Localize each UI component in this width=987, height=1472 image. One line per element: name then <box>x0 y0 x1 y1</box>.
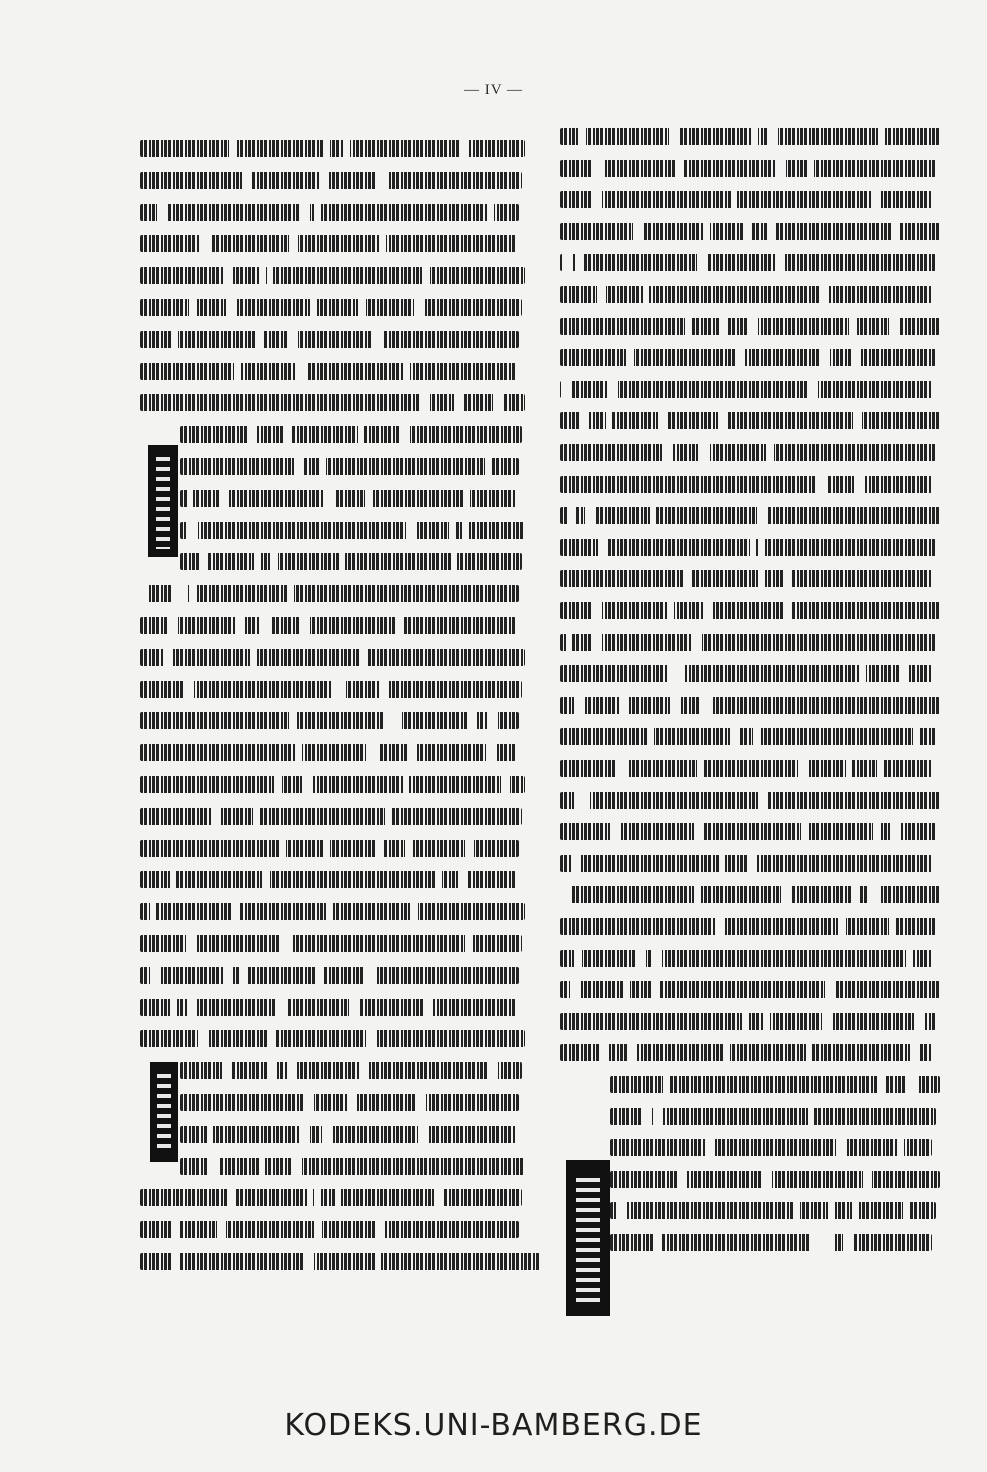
manuscript-line <box>140 776 525 793</box>
manuscript-line <box>560 381 932 398</box>
manuscript-line <box>560 349 936 366</box>
manuscript-line <box>140 394 525 411</box>
manuscript-line <box>560 981 940 998</box>
manuscript-line <box>140 1030 525 1047</box>
manuscript-line <box>180 522 525 539</box>
manuscript-line <box>560 950 932 967</box>
manuscript-line <box>560 191 932 208</box>
manuscript-line <box>560 823 936 840</box>
ornate-initial-right <box>566 1160 610 1316</box>
manuscript-line <box>560 760 932 777</box>
manuscript-line <box>560 728 936 745</box>
manuscript-line <box>140 649 525 666</box>
manuscript-line <box>140 204 519 221</box>
manuscript-line <box>140 172 522 189</box>
manuscript-line <box>140 331 519 348</box>
manuscript-line <box>610 1234 932 1251</box>
manuscript-line <box>610 1108 936 1125</box>
manuscript-line <box>140 903 525 920</box>
manuscript-line <box>180 490 516 507</box>
manuscript-line <box>560 602 940 619</box>
manuscript-line <box>180 1126 516 1143</box>
manuscript-line <box>560 539 936 556</box>
manuscript-line <box>560 286 932 303</box>
manuscript-line <box>140 267 525 284</box>
manuscript-line <box>560 128 940 145</box>
manuscript-line <box>560 570 932 587</box>
manuscript-line <box>140 999 516 1016</box>
manuscript-line <box>140 235 516 252</box>
manuscript-line <box>140 967 519 984</box>
manuscript-line <box>140 840 519 857</box>
manuscript-line <box>140 299 522 316</box>
manuscript-line <box>610 1202 936 1219</box>
manuscript-line <box>610 1139 932 1156</box>
manuscript-line <box>560 855 932 872</box>
manuscript-line <box>140 585 519 602</box>
manuscript-line <box>140 363 516 380</box>
manuscript-line <box>140 712 519 729</box>
manuscript-line <box>610 1171 940 1188</box>
page-number: — IV — <box>0 82 987 99</box>
ornate-initial-top <box>148 445 178 557</box>
manuscript-line <box>140 1221 519 1238</box>
manuscript-line <box>560 792 940 809</box>
manuscript-line <box>140 1189 522 1206</box>
manuscript-line <box>560 444 936 461</box>
manuscript-line <box>140 1253 540 1270</box>
manuscript-line <box>140 935 522 952</box>
manuscript-line <box>180 458 519 475</box>
manuscript-line <box>560 223 940 240</box>
manuscript-line <box>610 1076 940 1093</box>
manuscript-line <box>180 1062 522 1079</box>
manuscript-line <box>180 1094 519 1111</box>
manuscript-line <box>560 886 940 903</box>
manuscript-line <box>560 476 932 493</box>
manuscript-line <box>180 553 522 570</box>
manuscript-line <box>140 744 516 761</box>
manuscript-line <box>560 254 936 271</box>
manuscript-line <box>560 665 932 682</box>
manuscript-line <box>560 697 940 714</box>
manuscript-line <box>560 412 940 429</box>
manuscript-line <box>560 1044 932 1061</box>
manuscript-line <box>140 140 525 157</box>
manuscript-line <box>560 634 936 651</box>
manuscript-line <box>180 426 522 443</box>
manuscript-line <box>140 617 516 634</box>
ornate-initial-bottom <box>150 1062 178 1162</box>
manuscript-line <box>140 871 516 888</box>
manuscript-line <box>560 318 940 335</box>
footer-watermark: KODEKS.UNI-BAMBERG.DE <box>0 1408 987 1443</box>
manuscript-line <box>140 808 522 825</box>
manuscript-line <box>560 918 936 935</box>
manuscript-line <box>560 507 940 524</box>
manuscript-line <box>560 160 936 177</box>
manuscript-line <box>560 1013 936 1030</box>
manuscript-line <box>180 1158 525 1175</box>
manuscript-line <box>140 681 522 698</box>
